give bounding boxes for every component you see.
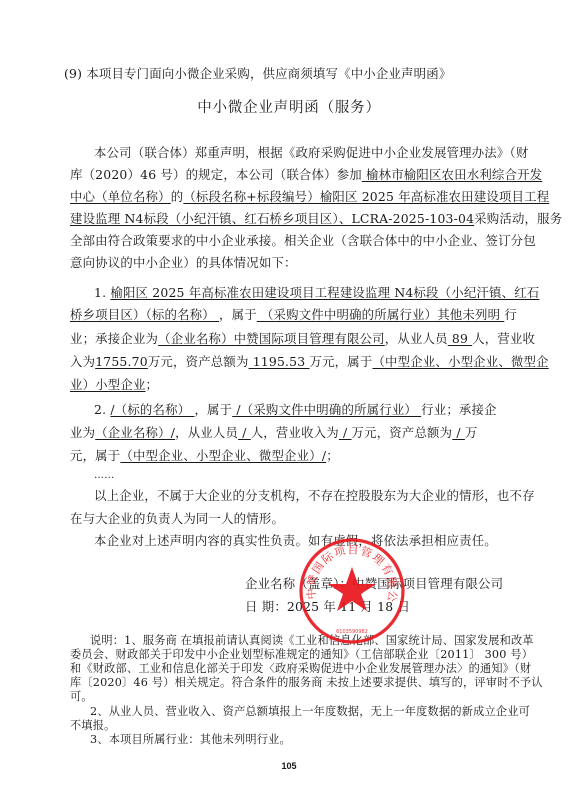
text: ； [146, 377, 159, 392]
item2-line-2: 业为（企业名称）/，从业人员 / 人，营业收入为 / 万元，资产总额为 / 万 [70, 425, 514, 441]
header-note: (9) 本项目专门面向小微企业采购，供应商须填写《中小企业声明函》 [64, 66, 508, 82]
item-number: 2. [94, 402, 110, 417]
note-1-line-1: 说明：1、服务商 在填报前请认真阅读《工业和信息化部、国家统计局、国家发展和改革 [90, 634, 510, 648]
date-value: 2025 年 11 月 18 日 [287, 599, 410, 614]
page-title: 中小微企业声明函（服务） [0, 96, 578, 117]
text: 元，属于 [70, 448, 120, 463]
text: ； [326, 448, 339, 463]
intro-line-2: 库（2020）46 号）的规定，本公司（联合体）参加 榆林市榆阳区农田水利综合开… [70, 167, 514, 183]
employee-count: / [238, 425, 251, 440]
intro-line-4: 建设监理 N4标段（小纪汗镇、红石桥乡项目区）、LCRA-2025-103-04… [70, 211, 514, 227]
industry: （采购文件中明确的所属行业）其他未列明 [257, 307, 505, 322]
purchaser-name: 榆林市榆阳区农田水利综合开发 [362, 167, 542, 182]
text: 的 [171, 189, 184, 204]
contractor-name: （企业名称）中赞国际项目管理有限公司 [158, 331, 385, 346]
note-1-line-2: 委员会、财政部关于印发中小企业划型标准规定的通知》（工信部联企业〔2011〕 3… [70, 648, 514, 662]
text: 入为 [70, 354, 95, 369]
text: ，从业人员 [385, 331, 448, 346]
text: ，属于 [194, 402, 232, 417]
item1-line-3: 业；承接企业为（企业名称）中赞国际项目管理有限公司，从业人员 89 人，营业收 [70, 331, 514, 347]
text: 行 [504, 307, 517, 322]
item1-line-2: 桥乡项目区）（标的名称） ，属于 （采购文件中明确的所属行业）其他未列明 行 [70, 307, 514, 323]
intro-line-3: 中心（单位名称）的（标段名称+标段编号）榆阳区 2025 年高标准农田建设项目工… [70, 189, 514, 205]
intro-line-1: 本公司（联合体）郑重声明，根据《政府采购促进中小企业发展管理办法》（财 [94, 145, 514, 161]
text: 万 [465, 425, 478, 440]
text: 业；承接企业为 [70, 331, 158, 346]
text: 人，营业收入为 [251, 425, 339, 440]
employee-count: 89 [448, 331, 472, 346]
purchaser-name-cont: 中心（单位名称） [70, 189, 171, 204]
company-label: 企业名称（盖章）： [245, 576, 352, 591]
company-value: 中赞国际项目管理有限公司 [352, 576, 503, 591]
item1-line-4: 入为1755.70万元，资产总额为 1195.53 万元，属于（中型企业、小型企… [70, 354, 514, 370]
note-1-line-3: 和《财政部、工业和信息化部关于印发〈政府采购促进中小企业发展管理办法〉的通知》（… [70, 662, 514, 676]
text: 万元，属于 [309, 354, 372, 369]
text: 万元，资产总额为 [148, 354, 249, 369]
lot-name-cont: 建设监理 N4标段（小纪汗镇、红石桥乡项目区）、LCRA-2025-103-04 [70, 211, 474, 226]
text: 采购活动，服务 [474, 211, 562, 226]
page-number: 105 [0, 761, 578, 771]
contractor-name: （企业名称）/ [95, 425, 175, 440]
item-number: 1. [94, 285, 110, 300]
statement-line-2: 在与大企业的负责人为同一人的情形。 [70, 511, 514, 527]
note-1-line-5: 可。 [70, 690, 514, 704]
document-page: (9) 本项目专门面向小微企业采购，供应商须填写《中小企业声明函》 中小微企业声… [0, 0, 578, 810]
enterprise-type: （中型企业、小型企业、微型企 [372, 354, 548, 369]
text: 人，营业收 [472, 331, 535, 346]
total-assets: 1195.53 [249, 354, 310, 369]
note-2-line-1: 2、从业人员、营业收入、资产总额填报上一年度数据，无上一年度数据的新成立企业可 [90, 705, 510, 719]
statement-line-1: 以上企业，不属于大企业的分支机构，不存在控股股东为大企业的情形，也不存 [94, 488, 514, 504]
ellipsis: …… [94, 468, 514, 484]
note-1-line-4: 库〔2020〕46 号）相关规定。符合条件的服务商 未按上述要求提供、填写的，评… [70, 676, 514, 690]
item1-line-1: 1. 榆阳区 2025 年高标准农田建设项目工程建设监理 N4标段（小纪汗镇、红… [94, 285, 514, 301]
text: 万元，资产总额为 [352, 425, 453, 440]
enterprise-type: （中型企业、小型企业、微型企业）/ [120, 448, 326, 463]
subject-name: 榆阳区 2025 年高标准农田建设项目工程建设监理 N4标段（小纪汗镇、红石 [110, 285, 539, 300]
note-3: 3、本项目所属行业：其他未列明行业。 [90, 733, 510, 747]
item2-line-3: 元，属于（中型企业、小型企业、微型企业）/； [70, 448, 514, 464]
date-label: 日 期： [245, 599, 287, 614]
subject-name-cont: 桥乡项目区）（标的名称） [70, 307, 219, 322]
text: ，从业人员 [175, 425, 238, 440]
company-signature: 企业名称（盖章）：中赞国际项目管理有限公司 [245, 576, 545, 592]
enterprise-type-cont: 业）小型企业 [70, 377, 146, 392]
revenue: 1755.70 [95, 354, 148, 369]
text: 业为 [70, 425, 95, 440]
item2-line-1: 2. /（标的名称） ，属于 /（采购文件中明确的所属行业） 行业；承接企 [94, 402, 514, 418]
intro-line-6: 意向协议的中小企业）的具体情况如下： [70, 255, 514, 271]
item1-line-5: 业）小型企业； [70, 377, 514, 393]
statement-line-3: 本企业对上述声明内容的真实性负责。如有虚假，将依法承担相应责任。 [94, 533, 514, 549]
intro-line-5: 全部由符合政策要求的中小企业承接。相关企业（含联合体中的中小企业、签订分包 [70, 233, 514, 249]
text: 行业；承接企 [421, 402, 497, 417]
subject-name: /（标的名称） [110, 402, 194, 417]
lot-name: （标段名称+标段编号）榆阳区 2025 年高标准农田建设项目工程 [183, 189, 549, 204]
industry: /（采购文件中明确的所属行业） [232, 402, 421, 417]
note-2-line-2: 不填报。 [70, 719, 514, 733]
total-assets: / [452, 425, 465, 440]
signature-date: 日 期：2025 年 11 月 18 日 [245, 599, 545, 615]
revenue: / [339, 425, 352, 440]
text: 库（2020）46 号）的规定，本公司（联合体）参加 [70, 167, 362, 182]
text: ，属于 [219, 307, 257, 322]
